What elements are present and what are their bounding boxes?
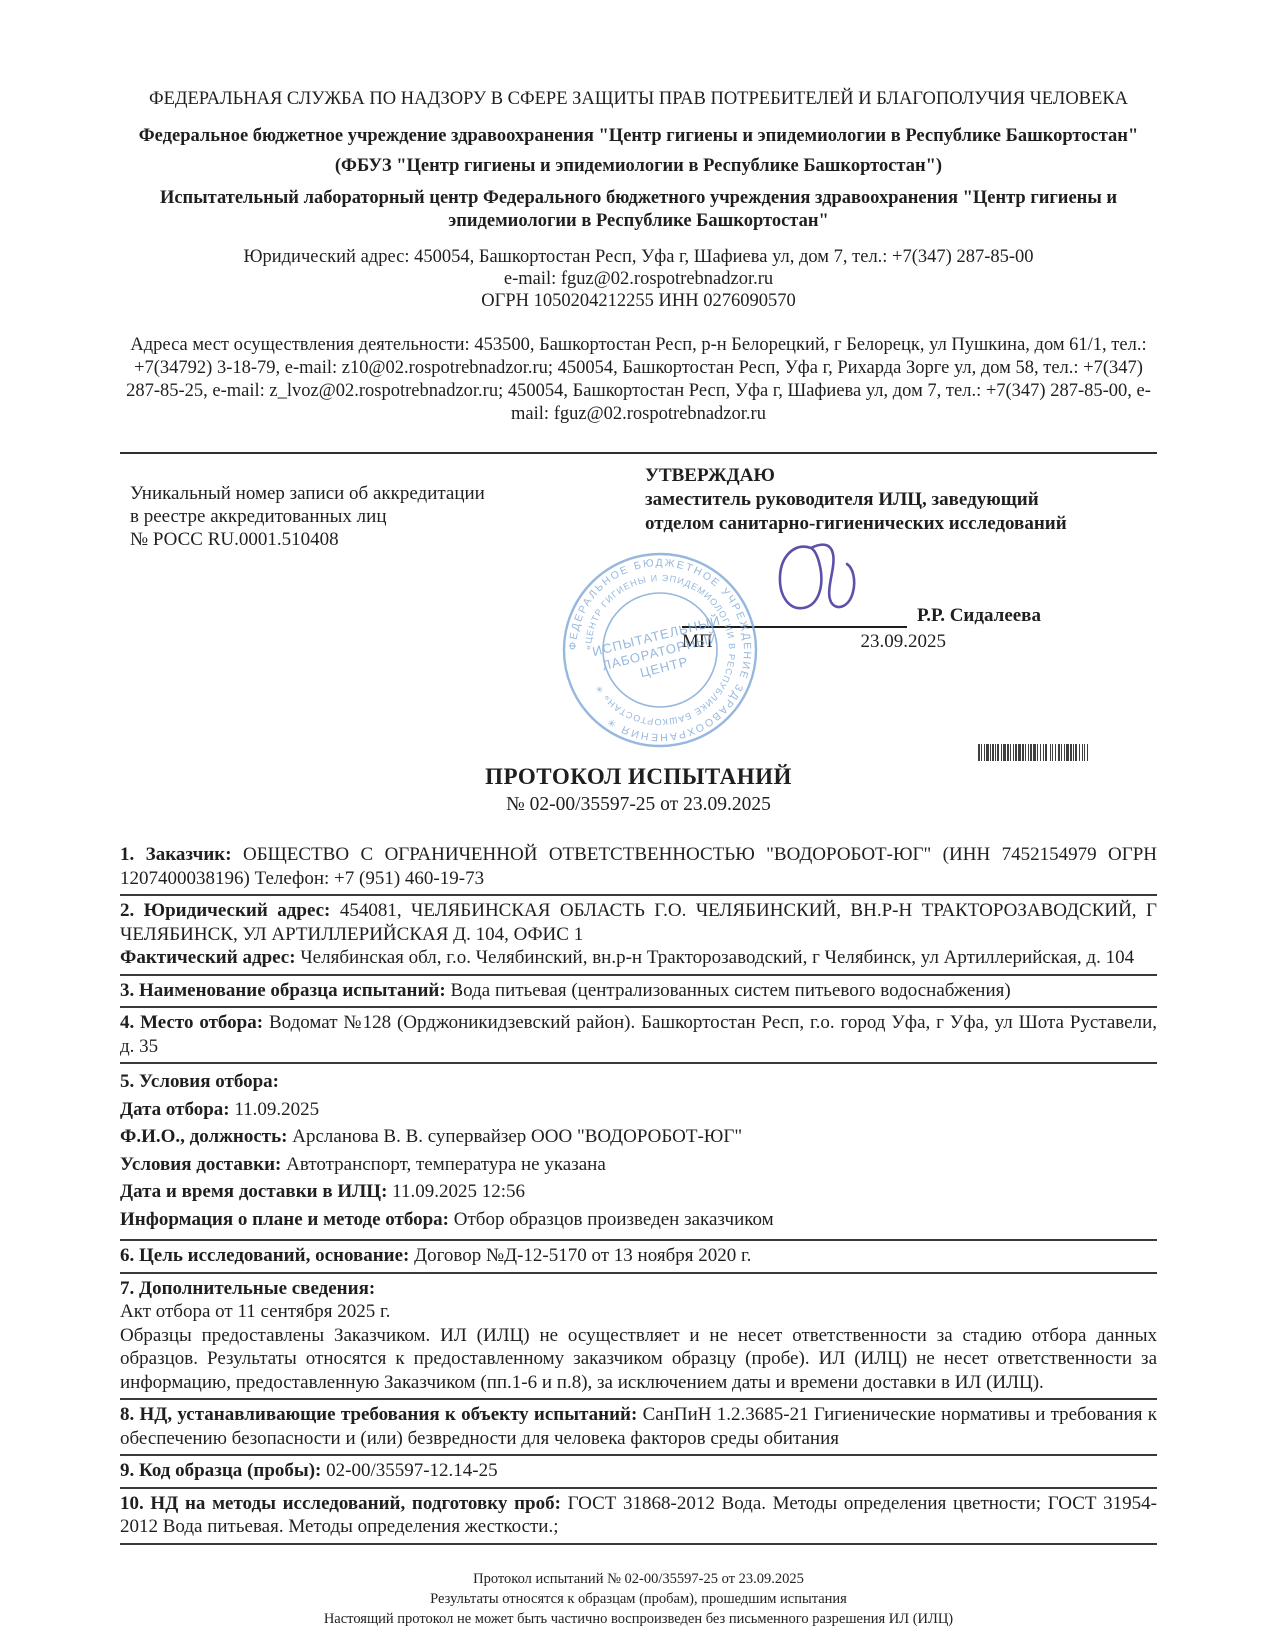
section-row: 4. Место отбора: Водомат №128 (Орджоники… (120, 1008, 1157, 1064)
section-row: 8. НД, устанавливающие требования к объе… (120, 1400, 1157, 1456)
activity-addresses: Адреса мест осуществления деятельности: … (120, 334, 1157, 426)
section-row: 1. Заказчик: ОБЩЕСТВО С ОГРАНИЧЕННОЙ ОТВ… (120, 840, 1157, 896)
section-label: 3. Наименование образца испытаний: (120, 980, 446, 1001)
footer-line: Настоящий протокол не может быть частичн… (120, 1609, 1157, 1629)
section-label: 4. Место отбора: (120, 1012, 263, 1033)
lab-center-name: Испытательный лабораторный центр Федерал… (120, 187, 1157, 233)
section-row: 5. Условия отбора:Дата отбора: 11.09.202… (120, 1064, 1157, 1241)
section-label: Условия доставки: (120, 1154, 281, 1175)
section-label: 9. Код образца (пробы): (120, 1460, 321, 1481)
page-footer: Протокол испытаний № 02-00/35597-25 от 2… (120, 1569, 1157, 1629)
section-label: Дата отбора: (120, 1099, 230, 1120)
section-paragraph: 7. Дополнительные сведения: (120, 1277, 1157, 1301)
section-text: ОБЩЕСТВО С ОГРАНИЧЕННОЙ ОТВЕТСТВЕННОСТЬЮ… (120, 844, 1157, 889)
header-agency: ФЕДЕРАЛЬНАЯ СЛУЖБА ПО НАДЗОРУ В СФЕРЕ ЗА… (120, 88, 1157, 111)
approve-date: 23.09.2025 (861, 630, 947, 654)
section-row: 2. Юридический адрес: 454081, ЧЕЛЯБИНСКА… (120, 896, 1157, 976)
section-paragraph: Условия доставки: Автотранспорт, темпера… (120, 1153, 1157, 1177)
section-paragraph: 3. Наименование образца испытаний: Вода … (120, 979, 1157, 1003)
accreditation-line: Уникальный номер записи об аккредитации (130, 482, 630, 505)
section-paragraph: Дата отбора: 11.09.2025 (120, 1098, 1157, 1122)
section-label: Дата и время доставки в ИЛЦ: (120, 1181, 387, 1202)
footer-line: Протокол испытаний № 02-00/35597-25 от 2… (120, 1569, 1157, 1589)
section-row: 9. Код образца (пробы): 02-00/35597-12.1… (120, 1456, 1157, 1489)
section-paragraph: Информация о плане и методе отбора: Отбо… (120, 1208, 1157, 1232)
section-label: 1. Заказчик: (120, 844, 232, 865)
section-label: 7. Дополнительные сведения: (120, 1278, 375, 1299)
section-text: Акт отбора от 11 сентября 2025 г. (120, 1301, 390, 1322)
section-label: Фактический адрес: (120, 947, 296, 968)
section-row: 7. Дополнительные сведения:Акт отбора от… (120, 1274, 1157, 1401)
approval-section: Уникальный номер записи об аккредитации … (120, 462, 1157, 664)
section-paragraph: Ф.И.О., должность: Арсланова В. В. супер… (120, 1125, 1157, 1149)
ogrn-inn-line: ОГРН 1050204212255 ИНН 0276090570 (120, 290, 1157, 312)
header-divider (120, 452, 1157, 454)
section-text: Вода питьевая (централизованных систем п… (446, 980, 1011, 1001)
section-paragraph: Фактический адрес: Челябинская обл, г.о.… (120, 946, 1157, 970)
org-name-short: (ФБУЗ "Центр гигиены и эпидемиологии в Р… (120, 155, 1157, 178)
section-text: Челябинская обл, г.о. Челябинский, вн.р-… (296, 947, 1135, 968)
protocol-title: ПРОТОКОЛ ИСПЫТАНИЙ (120, 764, 1157, 790)
section-paragraph: 8. НД, устанавливающие требования к объе… (120, 1403, 1157, 1450)
section-text: 02-00/35597-12.14-25 (321, 1460, 497, 1481)
legal-address: Юридический адрес: 450054, Башкортостан … (120, 246, 1157, 268)
section-paragraph: 10. НД на методы исследований, подготовк… (120, 1492, 1157, 1539)
barcode-gap (1088, 744, 1089, 761)
protocol-number: № 02-00/35597-25 от 23.09.2025 (120, 794, 1157, 816)
section-row: 10. НД на методы исследований, подготовк… (120, 1489, 1157, 1545)
section-label: 6. Цель исследований, основание: (120, 1245, 409, 1266)
approver-name: Р.Р. Сидалеева (917, 604, 1041, 628)
round-stamp-icon: ФЕДЕРАЛЬНОЕ БЮДЖЕТНОЕ УЧРЕЖДЕНИЕ ЗДРАВОО… (560, 550, 760, 750)
section-paragraph: 2. Юридический адрес: 454081, ЧЕЛЯБИНСКА… (120, 899, 1157, 946)
section-text: 11.09.2025 (230, 1099, 320, 1120)
section-label: 2. Юридический адрес: (120, 900, 330, 921)
accreditation-block: Уникальный номер записи об аккредитации … (120, 462, 630, 664)
sections: 1. Заказчик: ОБЩЕСТВО С ОГРАНИЧЕННОЙ ОТВ… (120, 840, 1157, 1545)
section-text: Арсланова В. В. супервайзер ООО "ВОДОРОБ… (288, 1126, 743, 1147)
approve-title: УТВЕРЖДАЮ (645, 464, 1157, 488)
barcode (978, 744, 1115, 761)
section-paragraph: 1. Заказчик: ОБЩЕСТВО С ОГРАНИЧЕННОЙ ОТВ… (120, 843, 1157, 890)
section-text: Отбор образцов произведен заказчиком (449, 1209, 774, 1230)
footer-line: Результаты относятся к образцам (пробам)… (120, 1589, 1157, 1609)
section-paragraph: 5. Условия отбора: (120, 1070, 1157, 1094)
section-paragraph: Дата и время доставки в ИЛЦ: 11.09.2025 … (120, 1180, 1157, 1204)
section-paragraph: 6. Цель исследований, основание: Договор… (120, 1244, 1157, 1268)
section-paragraph: Образцы предоставлены Заказчиком. ИЛ (ИЛ… (120, 1324, 1157, 1395)
section-row: 3. Наименование образца испытаний: Вода … (120, 976, 1157, 1009)
section-label: Информация о плане и методе отбора: (120, 1209, 449, 1230)
section-label: Ф.И.О., должность: (120, 1126, 288, 1147)
org-name: Федеральное бюджетное учреждение здравоо… (120, 125, 1157, 148)
section-row: 6. Цель исследований, основание: Договор… (120, 1241, 1157, 1274)
section-text: Водомат №128 (Орджоникидзевский район). … (120, 1012, 1157, 1057)
section-paragraph: Акт отбора от 11 сентября 2025 г. (120, 1300, 1157, 1324)
approver-position: заместитель руководителя ИЛЦ, заведующий (645, 488, 1157, 512)
signature-ink (773, 534, 865, 629)
email-line: e-mail: fguz@02.rospotrebnadzor.ru (120, 268, 1157, 290)
section-text: Автотранспорт, температура не указана (281, 1154, 605, 1175)
document-page: ФЕДЕРАЛЬНАЯ СЛУЖБА ПО НАДЗОРУ В СФЕРЕ ЗА… (0, 0, 1275, 1650)
approver-position: отделом санитарно-гигиенических исследов… (645, 512, 1157, 536)
section-label: 8. НД, устанавливающие требования к объе… (120, 1404, 637, 1425)
section-label: 10. НД на методы исследований, подготовк… (120, 1493, 561, 1514)
section-paragraph: 9. Код образца (пробы): 02-00/35597-12.1… (120, 1459, 1157, 1483)
section-text: Договор №Д-12-5170 от 13 ноября 2020 г. (409, 1245, 751, 1266)
section-paragraph: 4. Место отбора: Водомат №128 (Орджоники… (120, 1011, 1157, 1058)
section-text: Образцы предоставлены Заказчиком. ИЛ (ИЛ… (120, 1325, 1157, 1393)
accreditation-number: № РОСС RU.0001.510408 (130, 528, 630, 551)
section-text: 11.09.2025 12:56 (387, 1181, 525, 1202)
section-label: 5. Условия отбора: (120, 1071, 279, 1092)
accreditation-line: в реестре аккредитованных лиц (130, 505, 630, 528)
